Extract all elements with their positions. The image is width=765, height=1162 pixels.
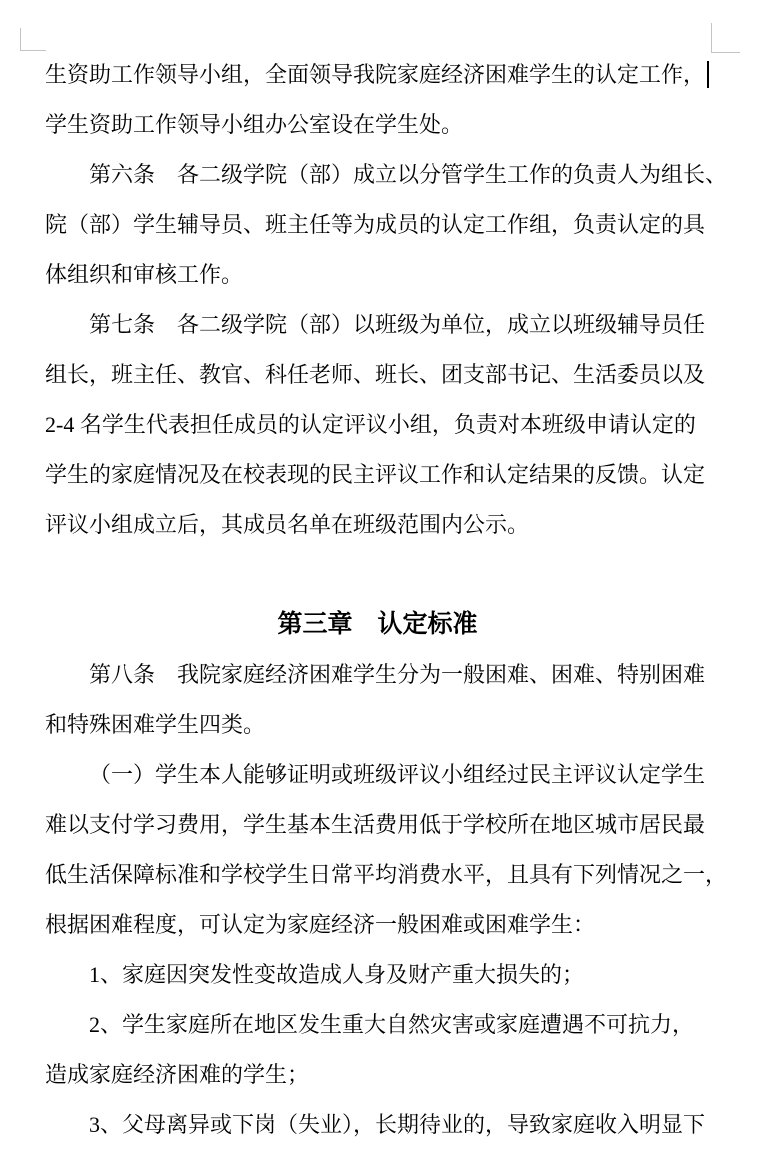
text-line-content: 造成家庭经济困难的学生；: [45, 1062, 309, 1087]
text-line: 学生的家庭情况及在校表现的民主评议工作和认定结果的反馈。认定: [45, 461, 710, 511]
text-line: 学生资助工作领导小组办公室设在学生处。: [45, 111, 710, 161]
document-content: 生资助工作领导小组，全面领导我院家庭经济困难学生的认定工作， 学生资助工作领导小…: [45, 61, 710, 1161]
document-page[interactable]: 生资助工作领导小组，全面领导我院家庭经济困难学生的认定工作， 学生资助工作领导小…: [0, 0, 765, 1162]
text-line-content: 院（部）学生辅导员、班主任等为成员的认定工作组，负责认定的具: [45, 212, 705, 237]
text-line-content: 评议小组成立后，其成员名单在班级范围内公示。: [45, 512, 529, 537]
text-line: 第七条 各二级学院（部）以班级为单位，成立以班级辅导员任: [45, 311, 710, 361]
chapter-heading: 第三章 认定标准: [45, 611, 710, 661]
text-line: 1、家庭因突发性变故造成人身及财产重大损失的；: [45, 961, 710, 1011]
crop-mark-top-left-icon: [20, 28, 46, 51]
text-line: 难以支付学习费用，学生基本生活费用低于学校所在地区城市居民最: [45, 811, 710, 861]
text-line-content: 学生资助工作领导小组办公室设在学生处。: [45, 112, 463, 137]
text-line: 体组织和审核工作。: [45, 261, 710, 311]
text-line-content: 体组织和审核工作。: [45, 262, 243, 287]
text-line-content: 学生的家庭情况及在校表现的民主评议工作和认定结果的反馈。认定: [45, 462, 705, 487]
text-line: 组长，班主任、教官、科任老师、班长、团支部书记、生活委员以及: [45, 361, 710, 411]
text-line: 根据困难程度，可认定为家庭经济一般困难或困难学生：: [45, 911, 710, 961]
text-line: 造成家庭经济困难的学生；: [45, 1061, 710, 1111]
text-line: 生资助工作领导小组，全面领导我院家庭经济困难学生的认定工作，: [45, 61, 710, 111]
text-line-content: 和特殊困难学生四类。: [45, 712, 265, 737]
text-line: 和特殊困难学生四类。: [45, 711, 710, 761]
text-line: 低生活保障标准和学校学生日常平均消费水平，且具有下列情况之一，: [45, 861, 710, 911]
text-line-content: 2、学生家庭所在地区发生重大自然灾害或家庭遭遇不可抗力，: [89, 1012, 694, 1037]
crop-mark-top-right-icon: [711, 23, 740, 53]
text-line: 2、学生家庭所在地区发生重大自然灾害或家庭遭遇不可抗力，: [45, 1011, 710, 1061]
text-line-content: 第六条 各二级学院（部）成立以分管学生工作的负责人为组长、: [89, 162, 727, 187]
text-line-content: 低生活保障标准和学校学生日常平均消费水平，且具有下列情况之一，: [45, 862, 727, 887]
text-line: 评议小组成立后，其成员名单在班级范围内公示。: [45, 511, 710, 561]
text-line-content: 3、父母离异或下岗（失业），长期待业的，导致家庭收入明显下: [89, 1112, 705, 1137]
text-line-content: 组长，班主任、教官、科任老师、班长、团支部书记、生活委员以及: [45, 362, 705, 387]
text-line-content: 第八条 我院家庭经济困难学生分为一般困难、困难、特别困难: [89, 662, 705, 687]
text-line-content: 1、家庭因突发性变故造成人身及财产重大损失的；: [89, 962, 584, 987]
text-line: 2-4 名学生代表担任成员的认定评议小组，负责对本班级申请认定的: [45, 411, 710, 461]
text-cursor: [707, 61, 709, 88]
text-line: 3、父母离异或下岗（失业），长期待业的，导致家庭收入明显下: [45, 1111, 710, 1161]
text-line: （一）学生本人能够证明或班级评议小组经过民主评议认定学生: [45, 761, 710, 811]
text-line-content: 生资助工作领导小组，全面领导我院家庭经济困难学生的认定工作，: [45, 62, 705, 87]
text-line-content: 难以支付学习费用，学生基本生活费用低于学校所在地区城市居民最: [45, 812, 705, 837]
text-line: 院（部）学生辅导员、班主任等为成员的认定工作组，负责认定的具: [45, 211, 710, 261]
text-line-content: 根据困难程度，可认定为家庭经济一般困难或困难学生：: [45, 912, 595, 937]
blank-line: [45, 561, 710, 611]
chapter-heading-text: 第三章 认定标准: [277, 611, 477, 638]
text-line-content: （一）学生本人能够证明或班级评议小组经过民主评议认定学生: [89, 762, 705, 787]
text-line-content: 2-4 名学生代表担任成员的认定评议小组，负责对本班级申请认定的: [45, 412, 696, 437]
text-line: 第八条 我院家庭经济困难学生分为一般困难、困难、特别困难: [45, 661, 710, 711]
text-line-content: 第七条 各二级学院（部）以班级为单位，成立以班级辅导员任: [89, 312, 705, 337]
text-line: 第六条 各二级学院（部）成立以分管学生工作的负责人为组长、: [45, 161, 710, 211]
